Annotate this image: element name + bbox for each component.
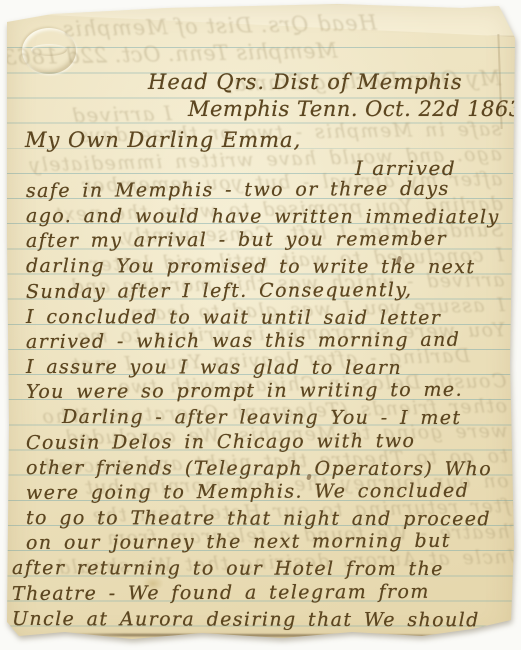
letter-line: after my arrival - but you remember [26,227,515,255]
letter-heading-line1: Head Qrs. Dist of Memphis [148,70,463,94]
letter-line: You were so prompt in writing to me. [26,378,515,406]
scanned-letter-page: Head Qrs. Dist of Memphis Memphis Tenn. … [0,0,521,650]
letter-line: Uncle at Aurora desiring that We should [12,607,515,633]
letter-paper: Head Qrs. Dist of Memphis Memphis Tenn. … [7,4,515,644]
letter-heading-line2: Memphis Tenn. Oct. 22d 1863. [188,97,521,121]
letter-line: safe in Memphis - two or three days [26,176,515,204]
letter-body-lines: safe in Memphis - two or three daysago. … [26,179,515,632]
letter-line: Sunday after I left. Consequently, [26,277,515,305]
letter-ink: Head Qrs. Dist of Memphis Memphis Tenn. … [7,4,515,644]
letter-line: Theatre - We found a telegram from [12,579,515,607]
letter-line: were going to Memphis. We concluded [26,478,515,506]
letter-salutation: My Own Darling Emma, [25,128,301,152]
letter-line: Cousin Delos in Chicago with two [26,428,515,456]
letter-line: on our journey the next morning but [26,529,515,557]
letter-line: arrived - which was this morning and [26,327,515,355]
